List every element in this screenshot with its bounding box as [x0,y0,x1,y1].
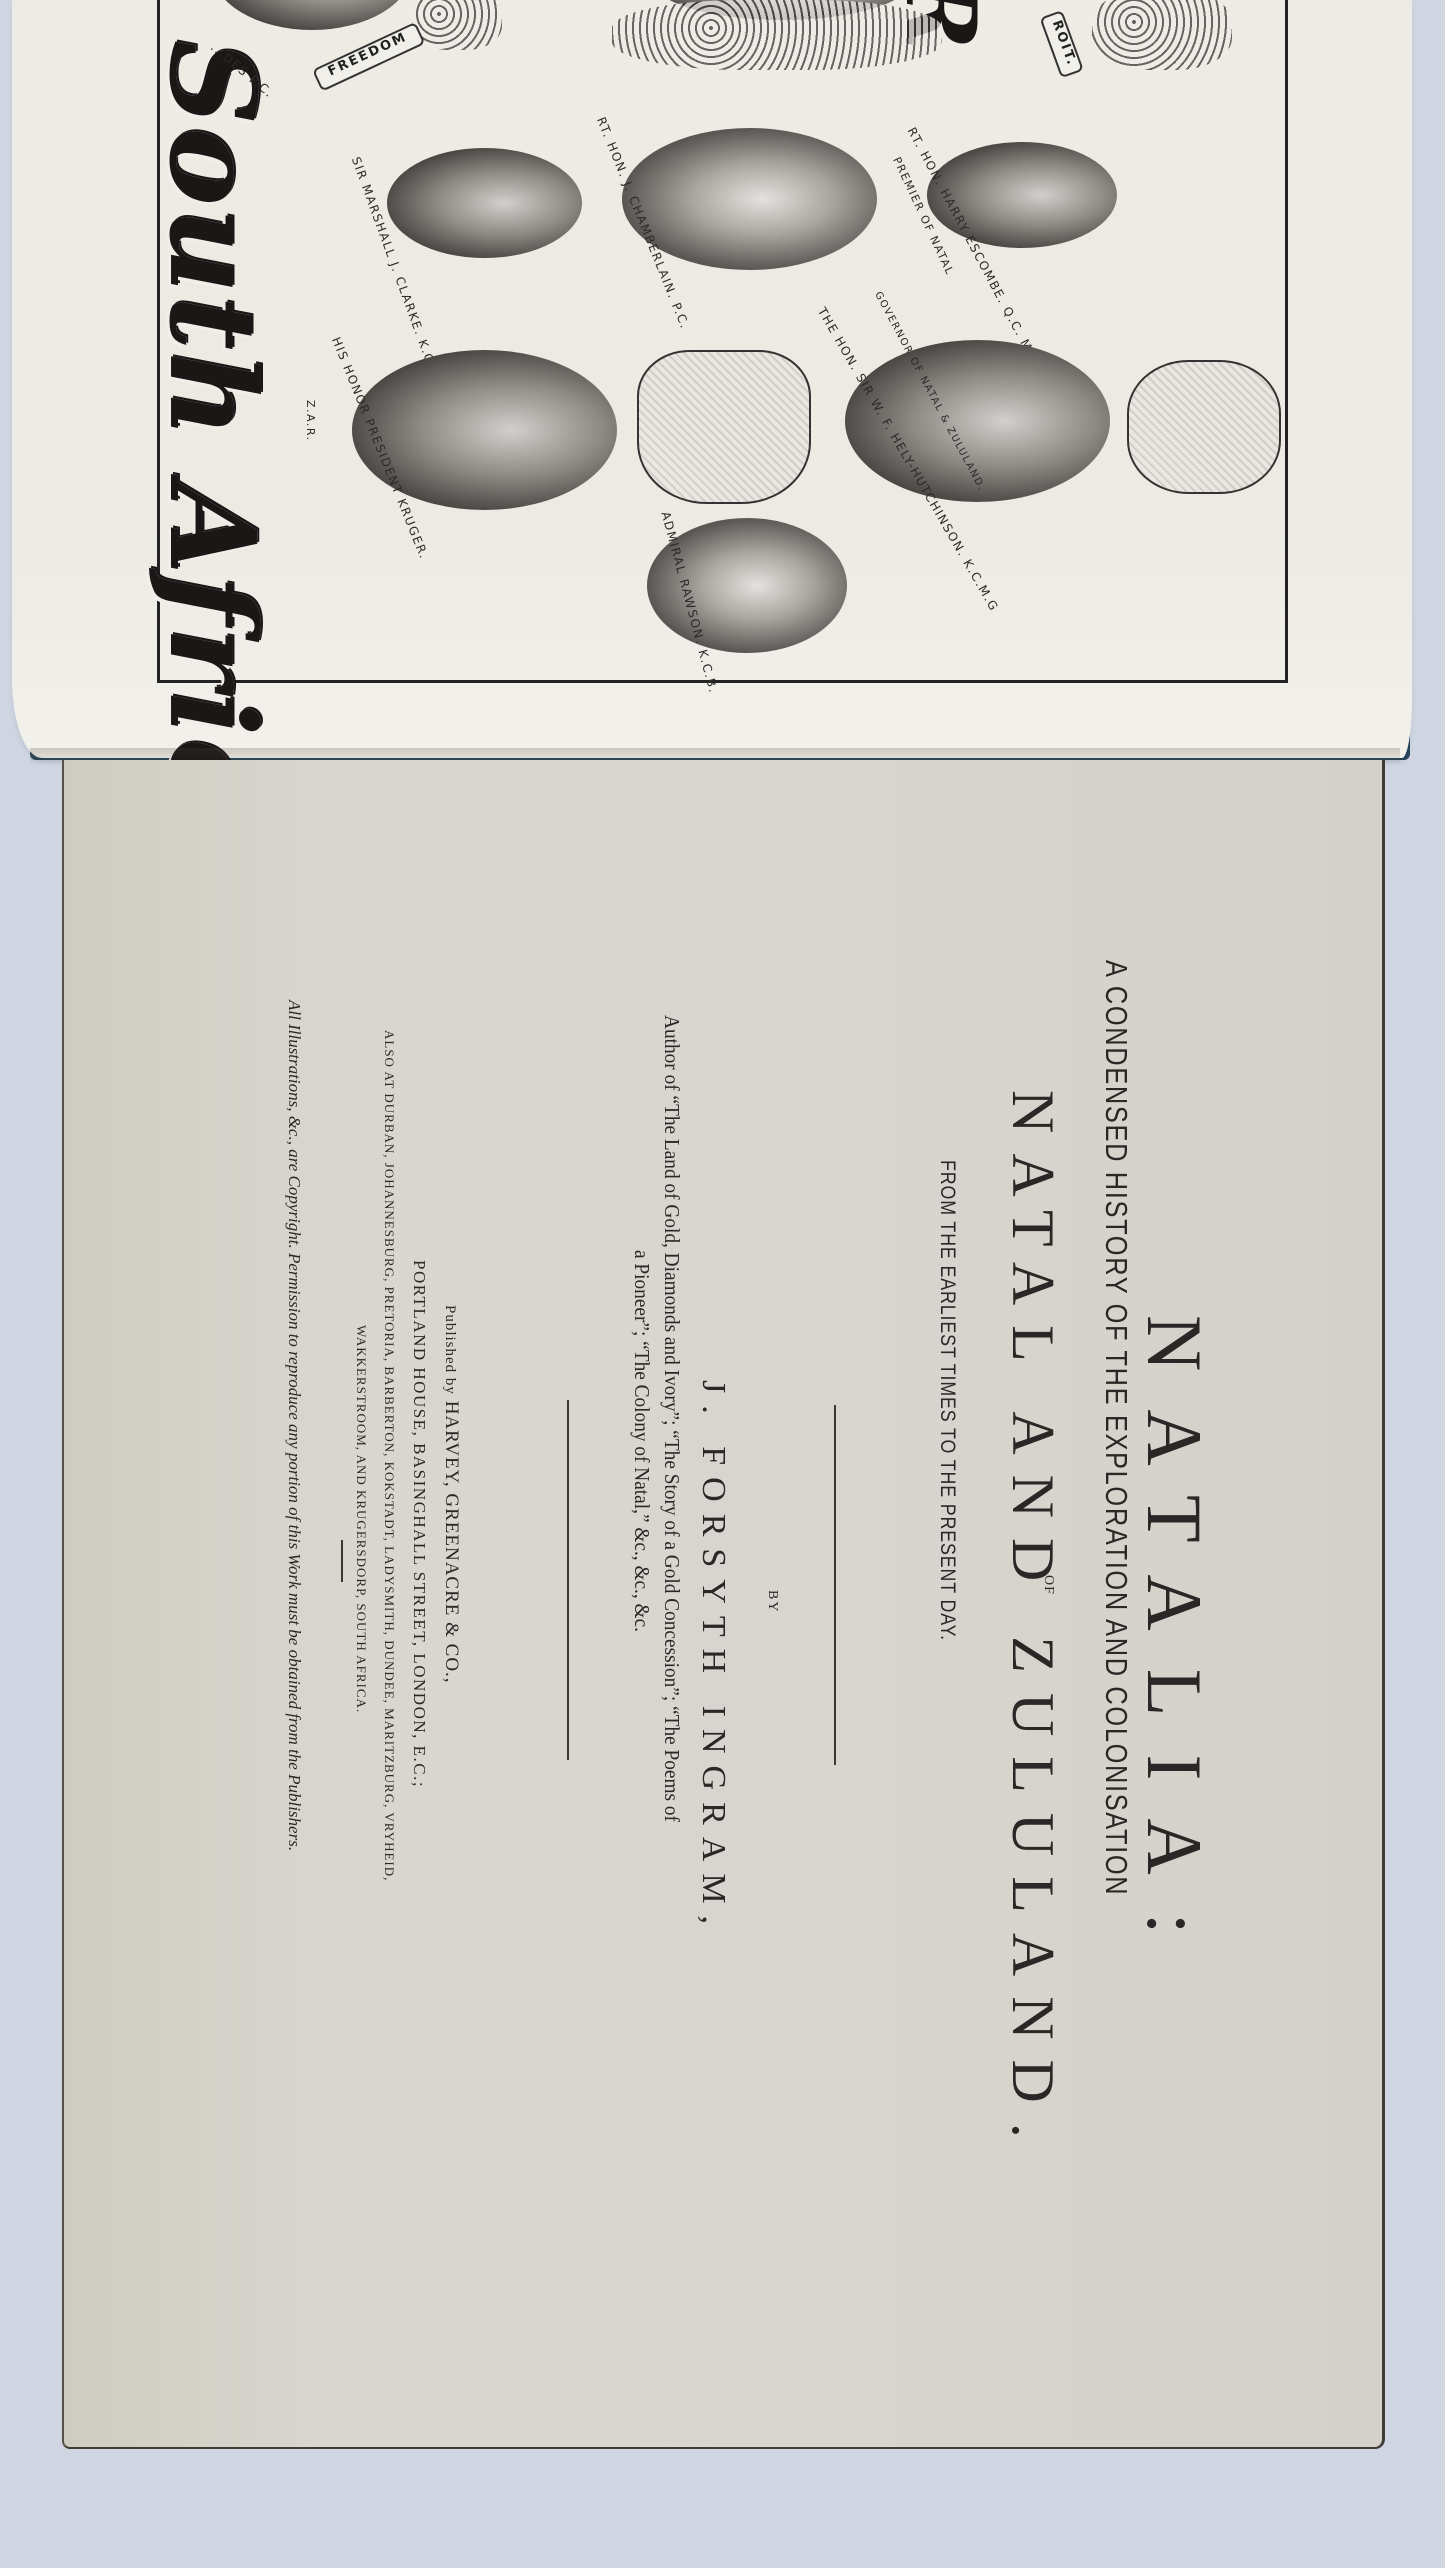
publisher-name: HARVEY, GREENACRE & CO., [441,1401,462,1684]
book-region-title: NATAL AND ZULULAND. [998,1090,1067,2158]
unicorn-ornament [1092,0,1232,70]
frontispiece-page: South Africa. R ...DES P.C. FREEDOM ROIT… [12,0,1412,758]
book-subtitle: A CONDENSED HISTORY OF THE EXPLORATION A… [1098,960,1134,1896]
author-works-line1: Author of “The Land of Gold, Diamonds an… [659,1015,684,1822]
divider-rule-upper [834,1405,836,1765]
portrait-subcaption-kruger: Z.A.R. [304,400,317,442]
published-by-label: Published by [442,1305,458,1395]
by-label: BY [764,1590,780,1613]
portrait-escombe [927,142,1117,248]
copyright-notice: All Illustrations, &c., are Copyright. P… [284,1000,304,1851]
book-title: NATALIA: [1129,1315,1219,1972]
short-divider [341,1540,343,1582]
divider-rule-lower [567,1400,569,1760]
portrait-clarke [387,148,582,258]
publisher-line: Published by HARVEY, GREENACRE & CO., [440,1305,462,1684]
title-page: NATALIA: A CONDENSED HISTORY OF THE EXPL… [62,760,1385,2449]
branches-line1: ALSO AT DURBAN, JOHANNESBURG, PRETORIA, … [381,1030,397,1881]
publisher-address: PORTLAND HOUSE, BASINGHALL STREET, LONDO… [409,1260,429,1788]
author-name: J. FORSYTH INGRAM, [694,1380,732,1936]
oak-foliage-ornament [612,0,942,70]
royal-coat-of-arms [1127,360,1281,494]
natal-coat-of-arms [637,350,811,504]
book-period-line: FROM THE EARLIEST TIMES TO THE PRESENT D… [935,1160,959,1641]
branches-line2: WAKKERSTROOM, AND KRUGERSDORP, SOUTH AFR… [353,1325,369,1713]
leaf-ornament-left [412,0,502,50]
author-works-line2: a Pioneer”; “The Colony of Natal,” &c., … [629,1250,654,1632]
